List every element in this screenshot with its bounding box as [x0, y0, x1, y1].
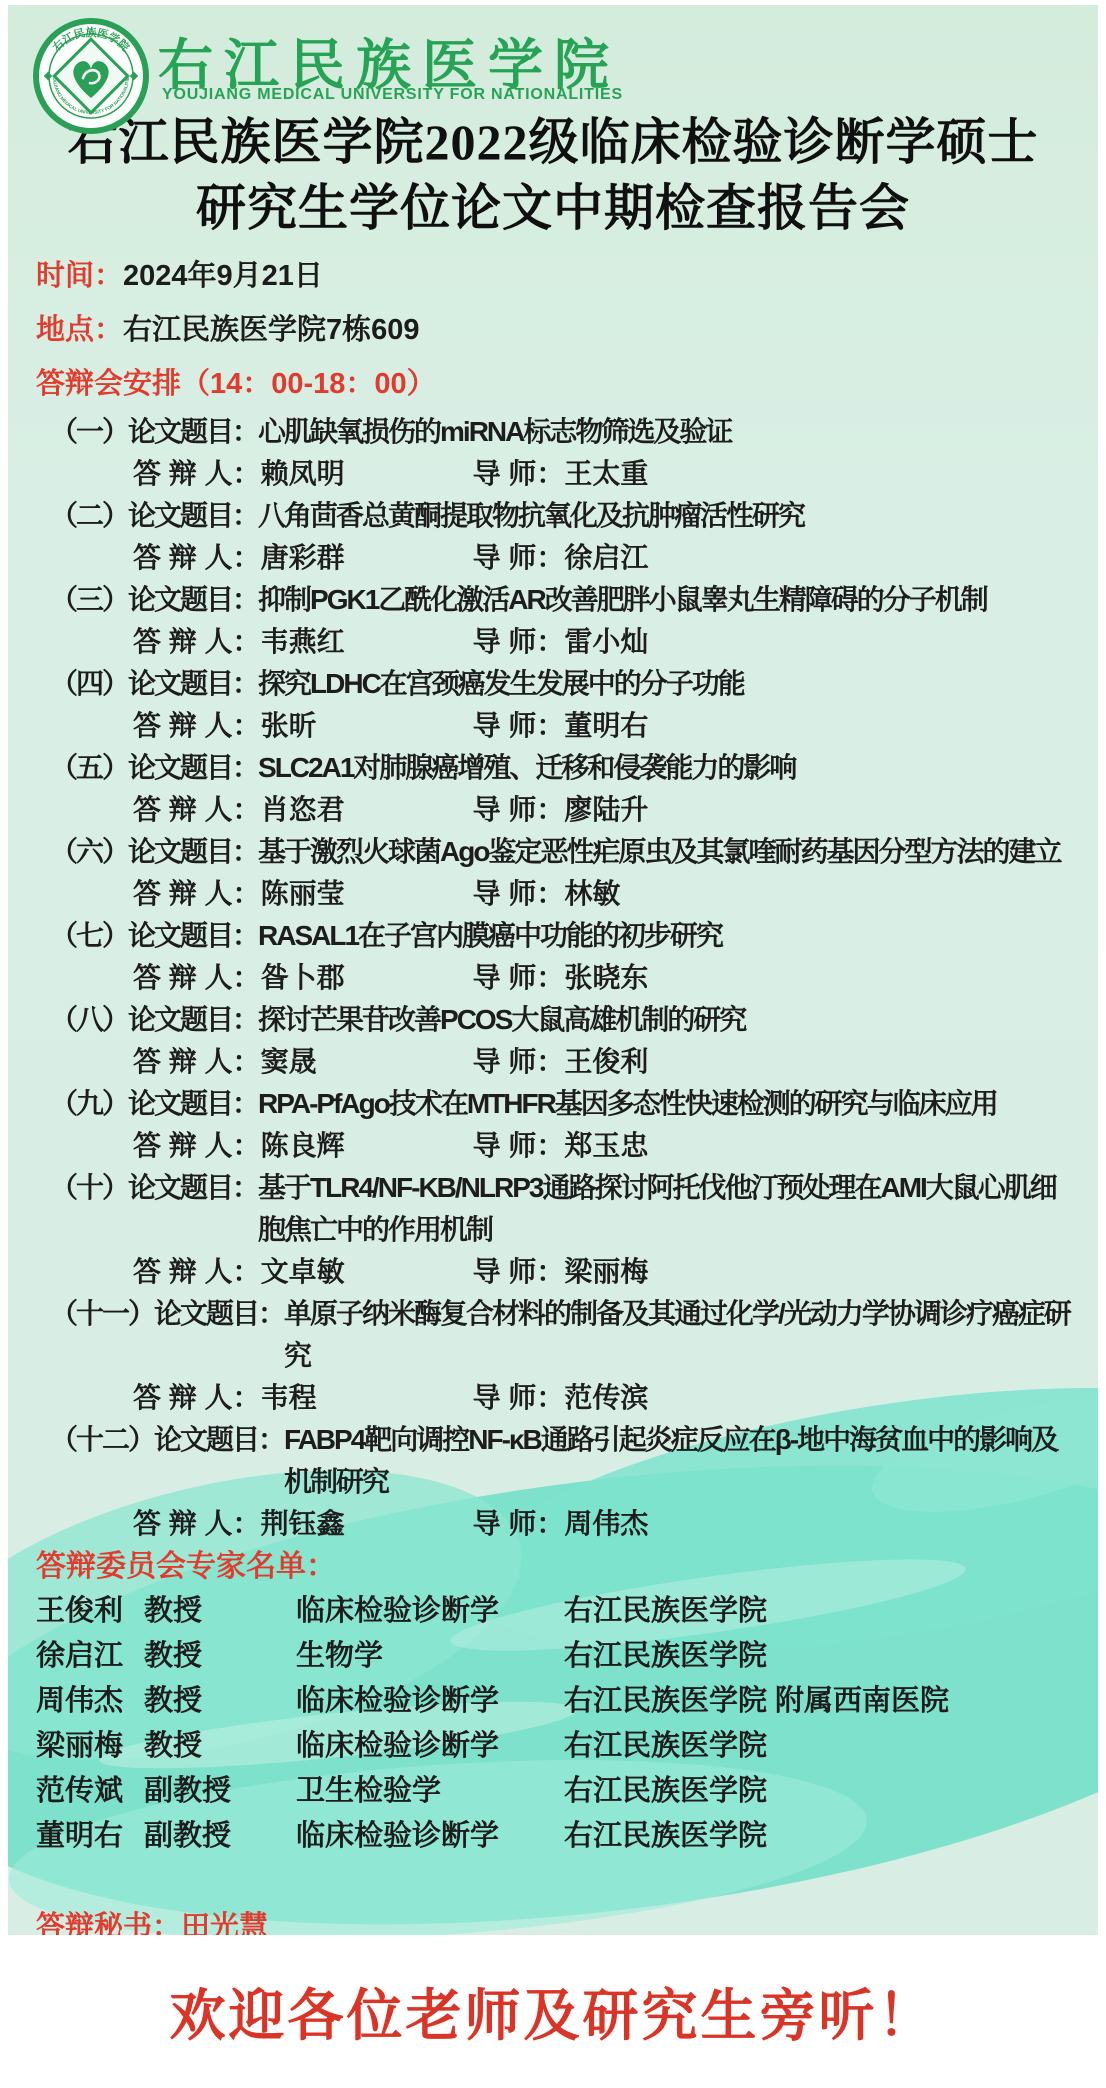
expert-row: 范传斌 副教授 卫生检验学 右江民族医学院 — [36, 1769, 1070, 1814]
expert-title: 教授 — [144, 1679, 296, 1724]
expert-institution: 右江民族医学院 — [564, 1634, 1070, 1679]
advisor-name: 梁丽梅 — [564, 1251, 648, 1293]
location-label: 地点： — [36, 314, 123, 346]
thesis-item: （九）论文题目：RPA-PfAgo技术在MTHFR基因多态性快速检测的研究与临床… — [36, 1083, 1070, 1167]
expert-name: 董明右 — [36, 1814, 144, 1859]
expert-field: 卫生检验学 — [296, 1769, 564, 1814]
topic-line: （三）论文题目：抑制PGK1乙酰化激活AR改善肥胖小鼠睾丸生精障碍的分子机制 — [36, 579, 1070, 621]
item-number: （二） — [50, 495, 128, 537]
topic-line: （九）论文题目：RPA-PfAgo技术在MTHFR基因多态性快速检测的研究与临床… — [36, 1083, 1070, 1125]
defender-name: 昝卜郡 — [261, 957, 473, 999]
person-line: 答 辩 人：文卓敏导 师：梁丽梅 — [36, 1251, 1070, 1293]
item-number: （五） — [50, 747, 128, 789]
title-line-2: 研究生学位论文中期检查报告会 — [36, 175, 1070, 241]
defender-name: 肖恣君 — [261, 789, 473, 831]
expert-row: 徐启江 教授 生物学 右江民族医学院 — [36, 1634, 1070, 1679]
topic-label: 论文题目： — [154, 1419, 284, 1461]
advisor-label: 导 师： — [473, 621, 565, 663]
university-emblem-icon: 右江民族医学院 YOUJIANG MEDICAL UNIVERSITY FOR … — [32, 17, 150, 135]
person-line: 答 辩 人：陈良辉导 师：郑玉忠 — [36, 1125, 1070, 1167]
time-value: 2024年9月21日 — [123, 260, 323, 292]
topic-label: 论文题目： — [128, 1083, 258, 1125]
advisor-label: 导 师： — [473, 873, 565, 915]
advisor-name: 董明右 — [564, 705, 648, 747]
topic-line: （六）论文题目：基于激烈火球菌Ago鉴定恶性疟原虫及其氯喹耐药基因分型方法的建立 — [36, 831, 1070, 873]
expert-field: 临床检验诊断学 — [296, 1814, 564, 1859]
thesis-item: （六）论文题目：基于激烈火球菌Ago鉴定恶性疟原虫及其氯喹耐药基因分型方法的建立… — [36, 831, 1070, 915]
defender-label: 答 辩 人： — [133, 705, 261, 747]
item-number: （十二） — [50, 1419, 154, 1461]
topic-text: 基于TLR4/NF-KB/NLRP3通路探讨阿托伐他汀预处理在AMI大鼠心肌细胞… — [258, 1167, 1070, 1251]
advisor-name: 张晓东 — [564, 957, 648, 999]
item-number: （三） — [50, 579, 128, 621]
expert-field: 临床检验诊断学 — [296, 1589, 564, 1634]
topic-label: 论文题目： — [128, 747, 258, 789]
defender-label: 答 辩 人： — [133, 1125, 261, 1167]
defender-name: 赖凤明 — [261, 453, 473, 495]
advisor-name: 范传滨 — [564, 1377, 648, 1419]
thesis-item: （十）论文题目：基于TLR4/NF-KB/NLRP3通路探讨阿托伐他汀预处理在A… — [36, 1167, 1070, 1293]
topic-text: FABP4靶向调控NF-κB通路引起炎症反应在β-地中海贫血中的影响及机制研究 — [284, 1419, 1070, 1503]
defender-name: 韦燕红 — [261, 621, 473, 663]
item-number: （七） — [50, 915, 128, 957]
advisor-label: 导 师： — [473, 1125, 565, 1167]
topic-text: RPA-PfAgo技术在MTHFR基因多态性快速检测的研究与临床应用 — [258, 1083, 1070, 1125]
topic-label: 论文题目： — [128, 831, 258, 873]
advisor-label: 导 师： — [473, 1041, 565, 1083]
thesis-item: （八）论文题目：探讨芒果苷改善PCOS大鼠高雄机制的研究 答 辩 人：窦晟导 师… — [36, 999, 1070, 1083]
welcome-message: 欢迎各位老师及研究生旁听！ — [170, 1972, 937, 2052]
advisor-label: 导 师： — [473, 705, 565, 747]
item-number: （十一） — [50, 1293, 154, 1335]
advisor-label: 导 师： — [473, 957, 565, 999]
expert-field: 临床检验诊断学 — [296, 1679, 564, 1724]
secretary-label: 答辩秘书： — [36, 1911, 181, 1935]
topic-line: （十一）论文题目：单原子纳米酶复合材料的制备及其通过化学/光动力学协调诊疗癌症研… — [36, 1293, 1070, 1377]
expert-list: 王俊利 教授 临床检验诊断学 右江民族医学院 徐启江 教授 生物学 右江民族医学… — [36, 1589, 1070, 1859]
defender-label: 答 辩 人： — [133, 957, 261, 999]
item-number: （四） — [50, 663, 128, 705]
secretary-name: 田光慧 — [181, 1911, 268, 1935]
thesis-item: （五）论文题目：SLC2A1对肺腺癌增殖、迁移和侵袭能力的影响 答 辩 人：肖恣… — [36, 747, 1070, 831]
thesis-item: （二）论文题目：八角茴香总黄酮提取物抗氧化及抗肿瘤活性研究 答 辩 人：唐彩群导… — [36, 495, 1070, 579]
expert-title: 副教授 — [144, 1769, 296, 1814]
expert-name: 范传斌 — [36, 1769, 144, 1814]
defender-name: 窦晟 — [261, 1041, 473, 1083]
expert-institution: 右江民族医学院 附属西南医院 — [564, 1679, 1070, 1724]
advisor-name: 周伟杰 — [564, 1503, 648, 1545]
topic-text: 探讨芒果苷改善PCOS大鼠高雄机制的研究 — [258, 999, 1070, 1041]
topic-label: 论文题目： — [128, 495, 258, 537]
expert-row: 王俊利 教授 临床检验诊断学 右江民族医学院 — [36, 1589, 1070, 1634]
thesis-item: （三）论文题目：抑制PGK1乙酰化激活AR改善肥胖小鼠睾丸生精障碍的分子机制 答… — [36, 579, 1070, 663]
item-number: （九） — [50, 1083, 128, 1125]
secretary-line: 答辩秘书：田光慧 — [36, 1905, 1070, 1935]
topic-text: 心肌缺氧损伤的miRNA标志物筛选及验证 — [258, 411, 1070, 453]
expert-row: 梁丽梅 教授 临床检验诊断学 右江民族医学院 — [36, 1724, 1070, 1769]
expert-institution: 右江民族医学院 — [564, 1589, 1070, 1634]
thesis-item: （一）论文题目：心肌缺氧损伤的miRNA标志物筛选及验证 答 辩 人：赖凤明导 … — [36, 411, 1070, 495]
defender-label: 答 辩 人： — [133, 789, 261, 831]
expert-name: 梁丽梅 — [36, 1724, 144, 1769]
poster-panel: 右江民族医学院 YOUJIANG MEDICAL UNIVERSITY FOR … — [8, 5, 1098, 1935]
topic-label: 论文题目： — [128, 411, 258, 453]
topic-label: 论文题目： — [128, 999, 258, 1041]
expert-institution: 右江民族医学院 — [564, 1769, 1070, 1814]
expert-name: 周伟杰 — [36, 1679, 144, 1724]
topic-line: （一）论文题目：心肌缺氧损伤的miRNA标志物筛选及验证 — [36, 411, 1070, 453]
defender-label: 答 辩 人： — [133, 1503, 261, 1545]
thesis-list: （一）论文题目：心肌缺氧损伤的miRNA标志物筛选及验证 答 辩 人：赖凤明导 … — [36, 411, 1070, 1545]
advisor-label: 导 师： — [473, 1377, 565, 1419]
expert-name: 徐启江 — [36, 1634, 144, 1679]
advisor-label: 导 师： — [473, 789, 565, 831]
defender-label: 答 辩 人： — [133, 453, 261, 495]
committee-header: 答辩委员会专家名单： — [36, 1545, 1070, 1589]
defender-name: 文卓敏 — [261, 1251, 473, 1293]
advisor-label: 导 师： — [473, 1503, 565, 1545]
poster-content: 右江民族医学院 YOUJIANG MEDICAL UNIVERSITY FOR … — [8, 5, 1098, 1935]
defender-name: 陈良辉 — [261, 1125, 473, 1167]
defender-name: 韦程 — [261, 1377, 473, 1419]
person-line: 答 辩 人：陈丽莹导 师：林敏 — [36, 873, 1070, 915]
expert-name: 王俊利 — [36, 1589, 144, 1634]
defender-label: 答 辩 人： — [133, 1251, 261, 1293]
topic-line: （十）论文题目：基于TLR4/NF-KB/NLRP3通路探讨阿托伐他汀预处理在A… — [36, 1167, 1070, 1251]
item-number: （八） — [50, 999, 128, 1041]
advisor-name: 徐启江 — [564, 537, 648, 579]
topic-line: （二）论文题目：八角茴香总黄酮提取物抗氧化及抗肿瘤活性研究 — [36, 495, 1070, 537]
time-label: 时间： — [36, 260, 123, 292]
topic-text: SLC2A1对肺腺癌增殖、迁移和侵袭能力的影响 — [258, 747, 1070, 789]
person-line: 答 辩 人：肖恣君导 师：廖陆升 — [36, 789, 1070, 831]
time-line: 时间：2024年9月21日 — [36, 249, 1070, 303]
person-line: 答 辩 人：赖凤明导 师：王太重 — [36, 453, 1070, 495]
topic-text: 抑制PGK1乙酰化激活AR改善肥胖小鼠睾丸生精障碍的分子机制 — [258, 579, 1070, 621]
expert-title: 副教授 — [144, 1814, 296, 1859]
expert-institution: 右江民族医学院 — [564, 1724, 1070, 1769]
topic-label: 论文题目： — [128, 663, 258, 705]
advisor-name: 雷小灿 — [564, 621, 648, 663]
person-line: 答 辩 人：唐彩群导 师：徐启江 — [36, 537, 1070, 579]
defender-name: 荆钰鑫 — [261, 1503, 473, 1545]
poster-title: 右江民族医学院2022级临床检验诊断学硕士 研究生学位论文中期检查报告会 — [36, 109, 1070, 241]
thesis-item: （四）论文题目：探究LDHC在宫颈癌发生发展中的分子功能 答 辩 人：张昕导 师… — [36, 663, 1070, 747]
expert-institution: 右江民族医学院 — [564, 1814, 1070, 1859]
topic-label: 论文题目： — [128, 579, 258, 621]
thesis-item: （十一）论文题目：单原子纳米酶复合材料的制备及其通过化学/光动力学协调诊疗癌症研… — [36, 1293, 1070, 1419]
defender-label: 答 辩 人： — [133, 537, 261, 579]
topic-line: （五）论文题目：SLC2A1对肺腺癌增殖、迁移和侵袭能力的影响 — [36, 747, 1070, 789]
advisor-name: 郑玉忠 — [564, 1125, 648, 1167]
person-line: 答 辩 人：张昕导 师：董明右 — [36, 705, 1070, 747]
expert-field: 生物学 — [296, 1634, 564, 1679]
topic-text: 八角茴香总黄酮提取物抗氧化及抗肿瘤活性研究 — [258, 495, 1070, 537]
topic-text: 探究LDHC在宫颈癌发生发展中的分子功能 — [258, 663, 1070, 705]
advisor-label: 导 师： — [473, 537, 565, 579]
expert-row: 周伟杰 教授 临床检验诊断学 右江民族医学院 附属西南医院 — [36, 1679, 1070, 1724]
topic-text: 单原子纳米酶复合材料的制备及其通过化学/光动力学协调诊疗癌症研究 — [284, 1293, 1070, 1377]
person-line: 答 辩 人：荆钰鑫导 师：周伟杰 — [36, 1503, 1070, 1545]
masthead: 右江民族医学院 YOUJIANG MEDICAL UNIVERSITY FOR … — [36, 5, 1070, 109]
advisor-name: 林敏 — [564, 873, 620, 915]
expert-title: 教授 — [144, 1634, 296, 1679]
advisor-label: 导 师： — [473, 1251, 565, 1293]
topic-label: 论文题目： — [128, 915, 258, 957]
advisor-label: 导 师： — [473, 453, 565, 495]
university-name-en: YOUJIANG MEDICAL UNIVERSITY FOR NATIONAL… — [162, 86, 623, 104]
advisor-name: 王太重 — [564, 453, 648, 495]
person-line: 答 辩 人：韦程导 师：范传滨 — [36, 1377, 1070, 1419]
expert-row: 董明右 副教授 临床检验诊断学 右江民族医学院 — [36, 1814, 1070, 1859]
location-line: 地点：右江民族医学院7栋609 — [36, 303, 1070, 357]
topic-label: 论文题目： — [128, 1167, 258, 1209]
expert-title: 教授 — [144, 1589, 296, 1634]
topic-text: RASAL1在子宫内膜癌中功能的初步研究 — [258, 915, 1070, 957]
item-number: （一） — [50, 411, 128, 453]
thesis-item: （七）论文题目：RASAL1在子宫内膜癌中功能的初步研究 答 辩 人：昝卜郡导 … — [36, 915, 1070, 999]
topic-line: （八）论文题目：探讨芒果苷改善PCOS大鼠高雄机制的研究 — [36, 999, 1070, 1041]
person-line: 答 辩 人：昝卜郡导 师：张晓东 — [36, 957, 1070, 999]
defender-label: 答 辩 人： — [133, 1377, 261, 1419]
footer-band: 欢迎各位老师及研究生旁听！ — [0, 1935, 1106, 2088]
title-line-1: 右江民族医学院2022级临床检验诊断学硕士 — [36, 109, 1070, 175]
topic-label: 论文题目： — [154, 1293, 284, 1335]
schedule-line: 答辩会安排（14：00-18：00） — [36, 357, 1070, 411]
topic-line: （十二）论文题目：FABP4靶向调控NF-κB通路引起炎症反应在β-地中海贫血中… — [36, 1419, 1070, 1503]
expert-title: 教授 — [144, 1724, 296, 1769]
thesis-item: （十二）论文题目：FABP4靶向调控NF-κB通路引起炎症反应在β-地中海贫血中… — [36, 1419, 1070, 1545]
defender-label: 答 辩 人： — [133, 621, 261, 663]
advisor-name: 廖陆升 — [564, 789, 648, 831]
person-line: 答 辩 人：韦燕红导 师：雷小灿 — [36, 621, 1070, 663]
topic-line: （四）论文题目：探究LDHC在宫颈癌发生发展中的分子功能 — [36, 663, 1070, 705]
defender-label: 答 辩 人： — [133, 873, 261, 915]
expert-field: 临床检验诊断学 — [296, 1724, 564, 1769]
topic-text: 基于激烈火球菌Ago鉴定恶性疟原虫及其氯喹耐药基因分型方法的建立 — [258, 831, 1070, 873]
advisor-name: 王俊利 — [564, 1041, 648, 1083]
schedule-label: 答辩会安排（14：00-18：00） — [36, 368, 436, 400]
defender-name: 陈丽莹 — [261, 873, 473, 915]
item-number: （六） — [50, 831, 128, 873]
topic-line: （七）论文题目：RASAL1在子宫内膜癌中功能的初步研究 — [36, 915, 1070, 957]
defender-name: 张昕 — [261, 705, 473, 747]
person-line: 答 辩 人：窦晟导 师：王俊利 — [36, 1041, 1070, 1083]
defender-label: 答 辩 人： — [133, 1041, 261, 1083]
location-value: 右江民族医学院7栋609 — [123, 314, 420, 346]
defender-name: 唐彩群 — [261, 537, 473, 579]
item-number: （十） — [50, 1167, 128, 1209]
event-info: 时间：2024年9月21日 地点：右江民族医学院7栋609 答辩会安排（14：0… — [36, 249, 1070, 411]
